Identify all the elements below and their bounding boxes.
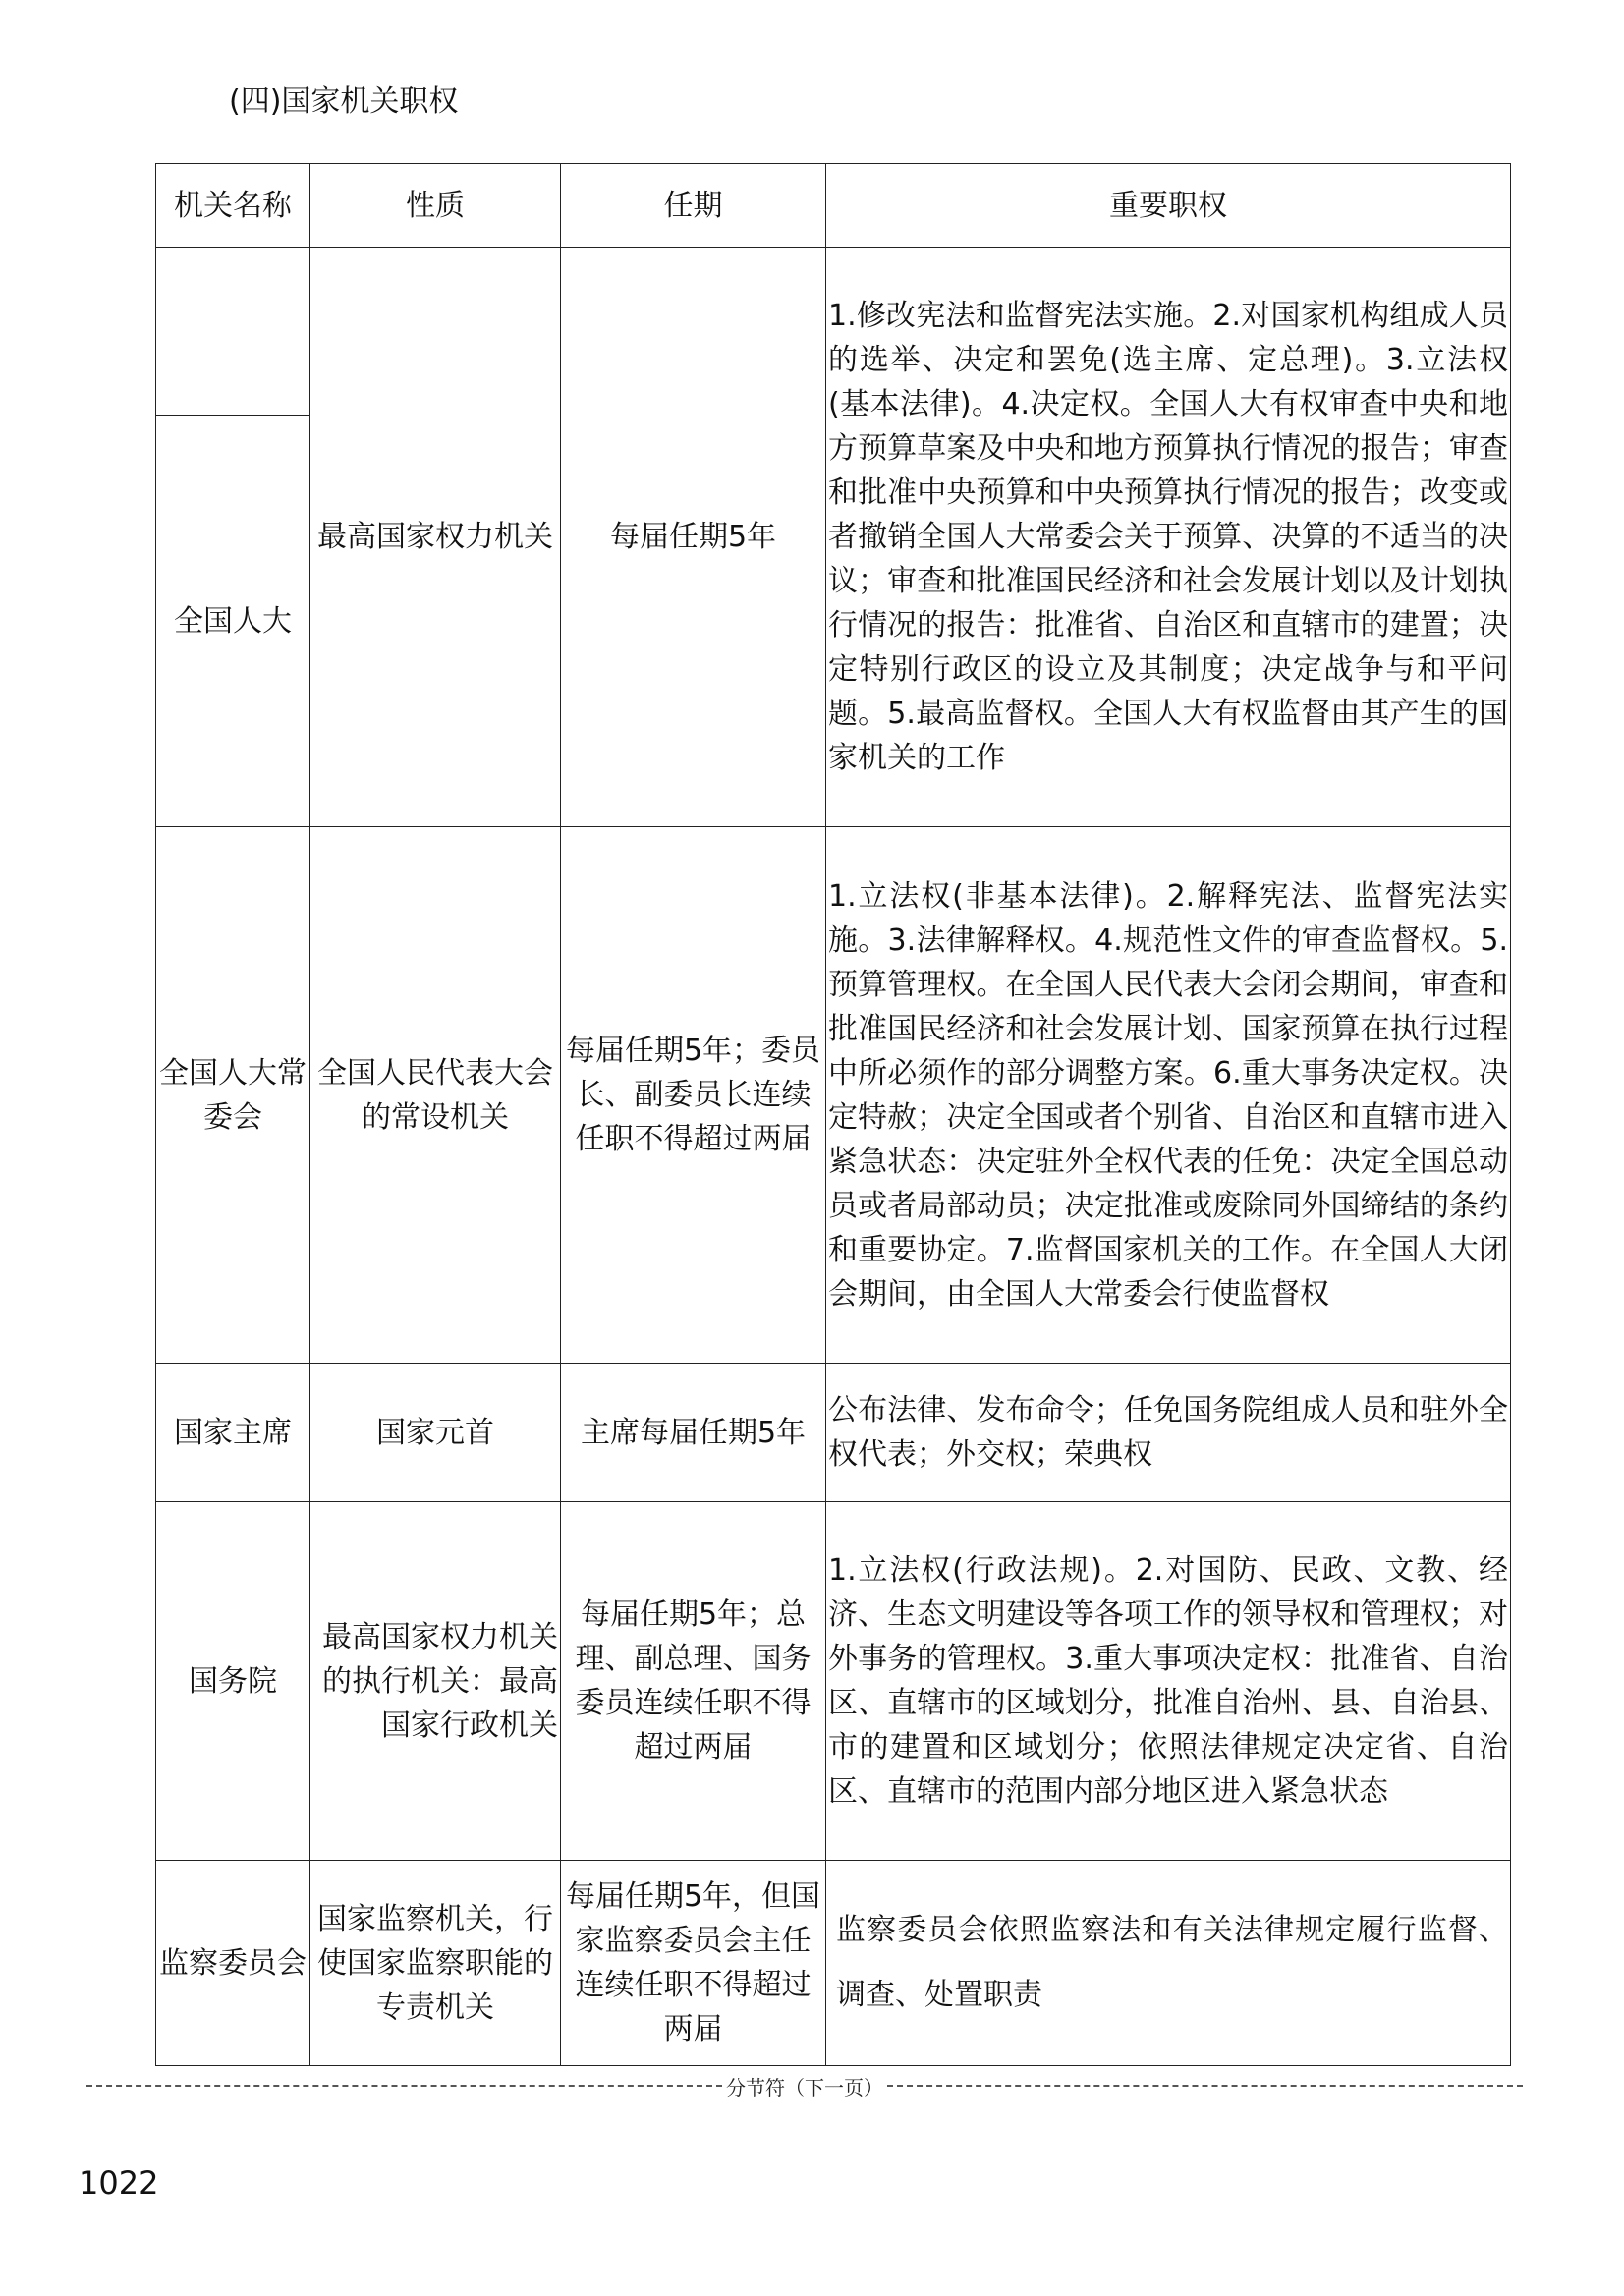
organ-name-cell: 国务院 <box>156 1502 310 1861</box>
section-title: (四)国家机关职权 <box>229 83 458 122</box>
nature-cell: 最高国家权力机关的执行机关：最高国家行政机关 <box>310 1502 561 1861</box>
table-row: 国家主席 国家元首 主席每届任期5年 公布法律、发布命令；任免国务院组成人员和驻… <box>156 1364 1511 1502</box>
nature-cell: 最高国家权力机关 <box>310 248 561 827</box>
organ-name-cell: 国家主席 <box>156 1364 310 1502</box>
table-row: 全国人大常委会 全国人民代表大会的常设机关 每届任期5年；委员长、副委员长连续任… <box>156 827 1511 1364</box>
organ-name: 全国人大 <box>156 416 309 826</box>
nature-cell: 全国人民代表大会的常设机关 <box>310 827 561 1364</box>
organ-name-cell: 监察委员会 <box>156 1861 310 2066</box>
dashed-line-right <box>887 2085 1523 2087</box>
header-powers: 重要职权 <box>826 164 1511 248</box>
term-cell: 每届任期5年；总理、副总理、国务委员连续任职不得超过两届 <box>561 1502 826 1861</box>
term-cell: 主席每届任期5年 <box>561 1364 826 1502</box>
state-organs-table: 机关名称 性质 任期 重要职权 全国人大 最高国家权力机关 每届任期5年 1.修… <box>155 163 1511 2066</box>
header-nature: 性质 <box>310 164 561 248</box>
term-cell: 每届任期5年 <box>561 248 826 827</box>
organ-name-cell: 全国人大 <box>156 248 310 827</box>
header-term: 任期 <box>561 164 826 248</box>
page-number: 1022 <box>79 2164 158 2202</box>
nature-cell: 国家元首 <box>310 1364 561 1502</box>
section-break: 分节符（下一页） <box>86 2073 1523 2099</box>
term-cell: 每届任期5年；委员长、副委员长连续任职不得超过两届 <box>561 827 826 1364</box>
empty-subcell <box>156 248 309 416</box>
organ-name-cell: 全国人大常委会 <box>156 827 310 1364</box>
nature-cell: 国家监察机关，行使国家监察职能的专责机关 <box>310 1861 561 2066</box>
section-break-label: 分节符（下一页） <box>722 2072 887 2100</box>
powers-cell: 1.立法权(非基本法律)。2.解释宪法、监督宪法实施。3.法律解释权。4.规范性… <box>826 827 1511 1364</box>
table-row: 监察委员会 国家监察机关，行使国家监察职能的专责机关 每届任期5年，但国家监察委… <box>156 1861 1511 2066</box>
powers-cell: 1.修改宪法和监督宪法实施。2.对国家机构组成人员的选举、决定和罢免(选主席、定… <box>826 248 1511 827</box>
table-row: 全国人大 最高国家权力机关 每届任期5年 1.修改宪法和监督宪法实施。2.对国家… <box>156 248 1511 827</box>
table-row: 国务院 最高国家权力机关的执行机关：最高国家行政机关 每届任期5年；总理、副总理… <box>156 1502 1511 1861</box>
header-organ-name: 机关名称 <box>156 164 310 248</box>
table-header-row: 机关名称 性质 任期 重要职权 <box>156 164 1511 248</box>
term-cell: 每届任期5年，但国家监察委员会主任连续任职不得超过两届 <box>561 1861 826 2066</box>
powers-cell: 1.立法权(行政法规)。2.对国防、民政、文教、经济、生态文明建设等各项工作的领… <box>826 1502 1511 1861</box>
powers-cell: 监察委员会依照监察法和有关法律规定履行监督、调查、处置职责 <box>826 1861 1511 2066</box>
powers-cell: 公布法律、发布命令；任免国务院组成人员和驻外全权代表；外交权；荣典权 <box>826 1364 1511 1502</box>
dashed-line-left <box>86 2085 722 2087</box>
